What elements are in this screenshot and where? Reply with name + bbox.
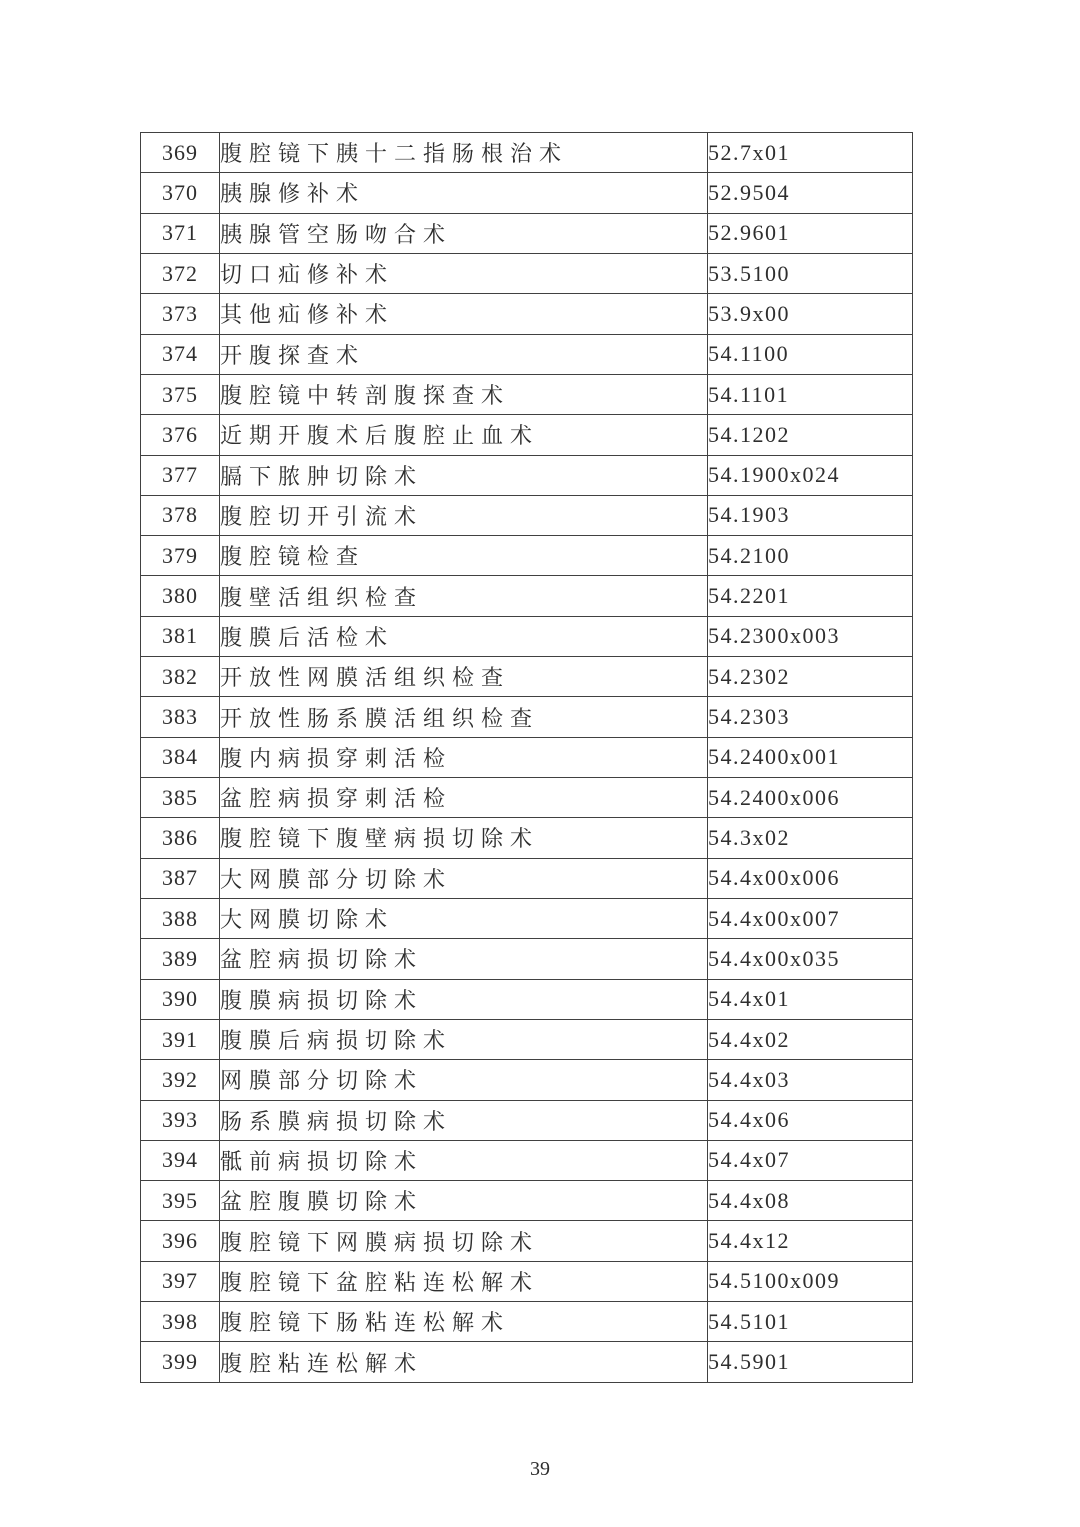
procedure-name: 肠系膜病损切除术 — [220, 1100, 708, 1140]
table-row: 373其他疝修补术53.9x00 — [141, 294, 913, 334]
procedure-code: 54.1900x024 — [708, 455, 913, 495]
procedure-code: 53.5100 — [708, 253, 913, 293]
table-row: 395盆腔腹膜切除术54.4x08 — [141, 1181, 913, 1221]
procedure-code: 54.4x07 — [708, 1140, 913, 1180]
procedure-code: 54.3x02 — [708, 818, 913, 858]
table-row: 399腹腔粘连松解术54.5901 — [141, 1342, 913, 1383]
procedure-code: 54.2400x006 — [708, 778, 913, 818]
procedure-code: 54.4x08 — [708, 1181, 913, 1221]
procedure-name: 网膜部分切除术 — [220, 1060, 708, 1100]
procedure-name: 腹腔切开引流术 — [220, 495, 708, 535]
table-row: 391腹膜后病损切除术54.4x02 — [141, 1019, 913, 1059]
procedure-name: 开放性肠系膜活组织检查 — [220, 697, 708, 737]
row-number: 399 — [141, 1342, 220, 1383]
table-row: 385盆腔病损穿刺活检54.2400x006 — [141, 778, 913, 818]
procedure-code: 53.9x00 — [708, 294, 913, 334]
row-number: 370 — [141, 173, 220, 213]
procedure-code: 54.2201 — [708, 576, 913, 616]
row-number: 372 — [141, 253, 220, 293]
procedure-code: 54.5100x009 — [708, 1261, 913, 1301]
procedure-code: 52.9601 — [708, 213, 913, 253]
procedure-name: 腹膜后病损切除术 — [220, 1019, 708, 1059]
procedure-code: 54.4x00x006 — [708, 858, 913, 898]
row-number: 377 — [141, 455, 220, 495]
procedure-code: 54.2302 — [708, 657, 913, 697]
row-number: 376 — [141, 415, 220, 455]
procedure-code: 54.1100 — [708, 334, 913, 374]
procedure-name: 大网膜部分切除术 — [220, 858, 708, 898]
table-row: 396腹腔镜下网膜病损切除术54.4x12 — [141, 1221, 913, 1261]
procedure-name: 盆腔病损穿刺活检 — [220, 778, 708, 818]
procedure-name: 盆腔腹膜切除术 — [220, 1181, 708, 1221]
row-number: 385 — [141, 778, 220, 818]
row-number: 394 — [141, 1140, 220, 1180]
page-number: 39 — [0, 1458, 1080, 1481]
row-number: 384 — [141, 737, 220, 777]
row-number: 383 — [141, 697, 220, 737]
procedure-code: 54.4x00x035 — [708, 939, 913, 979]
table-row: 387大网膜部分切除术54.4x00x006 — [141, 858, 913, 898]
procedure-name: 腹腔粘连松解术 — [220, 1342, 708, 1383]
procedure-code: 54.5101 — [708, 1302, 913, 1342]
row-number: 398 — [141, 1302, 220, 1342]
table-row: 388大网膜切除术54.4x00x007 — [141, 898, 913, 938]
table-row: 372切口疝修补术53.5100 — [141, 253, 913, 293]
row-number: 374 — [141, 334, 220, 374]
row-number: 392 — [141, 1060, 220, 1100]
table-row: 377膈下脓肿切除术54.1900x024 — [141, 455, 913, 495]
procedure-name: 腹膜后活检术 — [220, 616, 708, 656]
table-row: 378腹腔切开引流术54.1903 — [141, 495, 913, 535]
procedure-name: 开放性网膜活组织检查 — [220, 657, 708, 697]
row-number: 375 — [141, 374, 220, 414]
table-row: 393肠系膜病损切除术54.4x06 — [141, 1100, 913, 1140]
row-number: 386 — [141, 818, 220, 858]
procedure-code: 54.5901 — [708, 1342, 913, 1383]
procedure-code: 54.2400x001 — [708, 737, 913, 777]
procedure-code: 54.4x02 — [708, 1019, 913, 1059]
procedure-name: 腹腔镜下肠粘连松解术 — [220, 1302, 708, 1342]
table-row: 381腹膜后活检术54.2300x003 — [141, 616, 913, 656]
row-number: 379 — [141, 536, 220, 576]
procedure-name: 骶前病损切除术 — [220, 1140, 708, 1180]
row-number: 390 — [141, 979, 220, 1019]
procedure-code: 54.2100 — [708, 536, 913, 576]
procedure-code: 54.4x06 — [708, 1100, 913, 1140]
row-number: 382 — [141, 657, 220, 697]
procedure-name: 胰腺管空肠吻合术 — [220, 213, 708, 253]
table-row: 394骶前病损切除术54.4x07 — [141, 1140, 913, 1180]
table-row: 390腹膜病损切除术54.4x01 — [141, 979, 913, 1019]
procedure-name: 腹内病损穿刺活检 — [220, 737, 708, 777]
table-row: 384腹内病损穿刺活检54.2400x001 — [141, 737, 913, 777]
row-number: 397 — [141, 1261, 220, 1301]
procedure-name: 其他疝修补术 — [220, 294, 708, 334]
procedure-name: 腹腔镜下胰十二指肠根治术 — [220, 133, 708, 173]
procedure-code-table: 369腹腔镜下胰十二指肠根治术52.7x01370胰腺修补术52.9504371… — [140, 132, 913, 1383]
table-row: 392网膜部分切除术54.4x03 — [141, 1060, 913, 1100]
table-row: 371胰腺管空肠吻合术52.9601 — [141, 213, 913, 253]
procedure-code: 54.2300x003 — [708, 616, 913, 656]
table-row: 369腹腔镜下胰十二指肠根治术52.7x01 — [141, 133, 913, 173]
procedure-code: 54.4x12 — [708, 1221, 913, 1261]
table-row: 397腹腔镜下盆腔粘连松解术54.5100x009 — [141, 1261, 913, 1301]
procedure-name: 腹腔镜中转剖腹探查术 — [220, 374, 708, 414]
procedure-name: 开腹探查术 — [220, 334, 708, 374]
table-row: 389盆腔病损切除术54.4x00x035 — [141, 939, 913, 979]
procedure-name: 近期开腹术后腹腔止血术 — [220, 415, 708, 455]
procedure-name: 大网膜切除术 — [220, 898, 708, 938]
table-row: 370胰腺修补术52.9504 — [141, 173, 913, 213]
table-row: 386腹腔镜下腹壁病损切除术54.3x02 — [141, 818, 913, 858]
row-number: 369 — [141, 133, 220, 173]
procedure-code: 54.1101 — [708, 374, 913, 414]
procedure-code: 54.4x00x007 — [708, 898, 913, 938]
row-number: 393 — [141, 1100, 220, 1140]
document-page: 369腹腔镜下胰十二指肠根治术52.7x01370胰腺修补术52.9504371… — [0, 0, 1080, 1527]
table-row: 382开放性网膜活组织检查54.2302 — [141, 657, 913, 697]
row-number: 381 — [141, 616, 220, 656]
procedure-code: 54.4x03 — [708, 1060, 913, 1100]
procedure-name: 腹膜病损切除术 — [220, 979, 708, 1019]
row-number: 373 — [141, 294, 220, 334]
procedure-name: 腹壁活组织检查 — [220, 576, 708, 616]
procedure-name: 盆腔病损切除术 — [220, 939, 708, 979]
row-number: 396 — [141, 1221, 220, 1261]
row-number: 378 — [141, 495, 220, 535]
row-number: 380 — [141, 576, 220, 616]
table-row: 374开腹探查术54.1100 — [141, 334, 913, 374]
table-row: 398腹腔镜下肠粘连松解术54.5101 — [141, 1302, 913, 1342]
procedure-code: 54.2303 — [708, 697, 913, 737]
table-row: 376近期开腹术后腹腔止血术54.1202 — [141, 415, 913, 455]
procedure-code-table-body: 369腹腔镜下胰十二指肠根治术52.7x01370胰腺修补术52.9504371… — [141, 133, 913, 1383]
row-number: 389 — [141, 939, 220, 979]
procedure-code: 54.4x01 — [708, 979, 913, 1019]
procedure-name: 膈下脓肿切除术 — [220, 455, 708, 495]
procedure-code: 54.1202 — [708, 415, 913, 455]
procedure-code: 52.7x01 — [708, 133, 913, 173]
procedure-code: 52.9504 — [708, 173, 913, 213]
procedure-name: 腹腔镜检查 — [220, 536, 708, 576]
row-number: 387 — [141, 858, 220, 898]
table-row: 380腹壁活组织检查54.2201 — [141, 576, 913, 616]
table-row: 383开放性肠系膜活组织检查54.2303 — [141, 697, 913, 737]
table-row: 379腹腔镜检查54.2100 — [141, 536, 913, 576]
table-row: 375腹腔镜中转剖腹探查术54.1101 — [141, 374, 913, 414]
procedure-name: 腹腔镜下腹壁病损切除术 — [220, 818, 708, 858]
row-number: 371 — [141, 213, 220, 253]
row-number: 395 — [141, 1181, 220, 1221]
procedure-name: 腹腔镜下盆腔粘连松解术 — [220, 1261, 708, 1301]
procedure-name: 胰腺修补术 — [220, 173, 708, 213]
procedure-code: 54.1903 — [708, 495, 913, 535]
row-number: 388 — [141, 898, 220, 938]
procedure-name: 切口疝修补术 — [220, 253, 708, 293]
row-number: 391 — [141, 1019, 220, 1059]
procedure-name: 腹腔镜下网膜病损切除术 — [220, 1221, 708, 1261]
